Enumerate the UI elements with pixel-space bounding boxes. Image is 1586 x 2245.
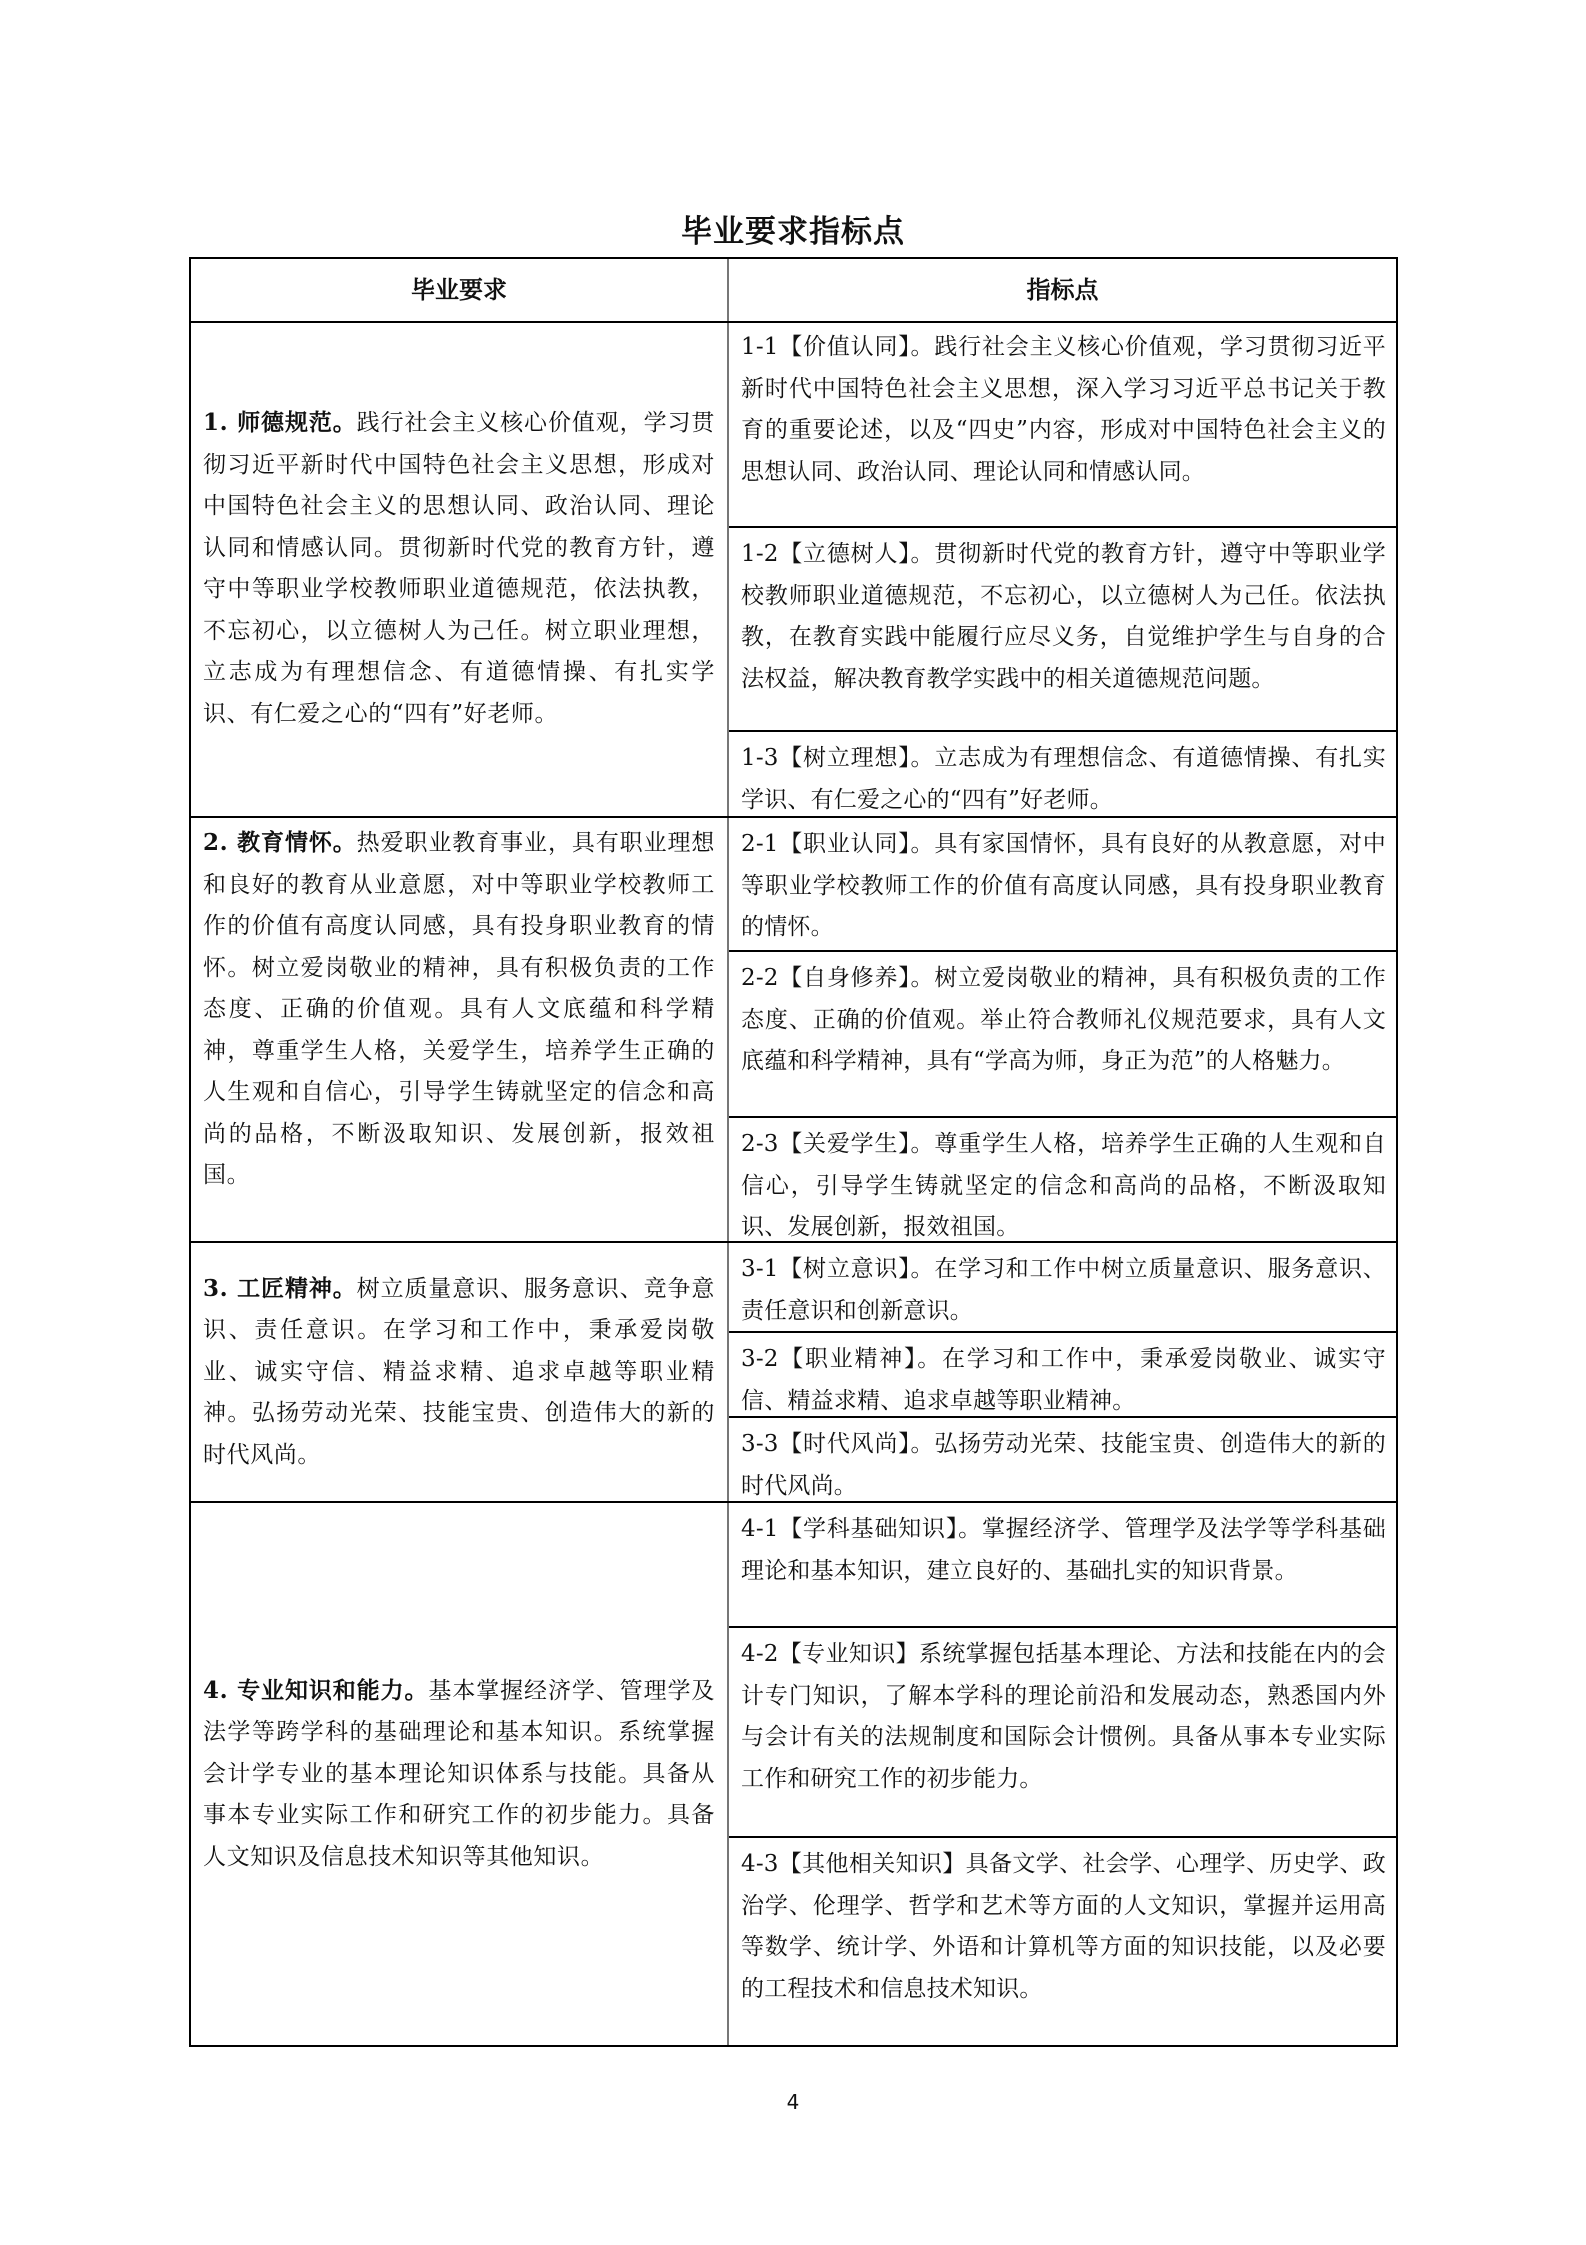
indicator-cell: 4-1【学科基础知识】。掌握经济学、管理学及法学等学科基础理论和基本知识，建立良… [729, 1503, 1396, 1628]
requirement-text: 践行社会主义核心价值观，学习贯彻习近平新时代中国特色社会主义思想，形成对中国特色… [203, 410, 715, 727]
indicator-text: 3-1【树立意识】。在学习和工作中树立质量意识、服务意识、责任意识和创新意识。 [741, 1249, 1386, 1332]
indicator-cell: 3-1【树立意识】。在学习和工作中树立质量意识、服务意识、责任意识和创新意识。 [729, 1243, 1396, 1333]
indicator-text: 4-3【其他相关知识】具备文学、社会学、心理学、历史学、政治学、伦理学、哲学和艺… [741, 1844, 1386, 2010]
indicator-cell: 2-2【自身修养】。树立爱岗敬业的精神，具有积极负责的工作态度、正确的价值观。举… [729, 952, 1396, 1118]
requirement-cell: 4. 专业知识和能力。基本掌握经济学、管理学及法学等跨学科的基础理论和基本知识。… [191, 1503, 727, 2045]
indicator-text: 4-1【学科基础知识】。掌握经济学、管理学及法学等学科基础理论和基本知识，建立良… [741, 1509, 1386, 1592]
table-header-row: 毕业要求 指标点 [191, 259, 1396, 323]
requirement-lead: 2. 教育情怀。 [203, 829, 357, 856]
indicator-cell: 1-1【价值认同】。践行社会主义核心价值观，学习贯彻习近平新时代中国特色社会主义… [729, 321, 1396, 528]
indicator-cell: 4-2【专业知识】系统掌握包括基本理论、方法和技能在内的会计专门知识，了解本学科… [729, 1628, 1396, 1838]
requirement-group-2: 2. 教育情怀。热爱职业教育事业，具有职业理想和良好的教育从业意愿，对中等职业学… [191, 818, 1396, 1243]
requirement-lead: 4. 专业知识和能力。 [203, 1677, 428, 1704]
requirement-cell: 3. 工匠精神。树立质量意识、服务意识、竞争意识、责任意识。在学习和工作中，秉承… [191, 1243, 727, 1501]
requirement-cell: 1. 师德规范。践行社会主义核心价值观，学习贯彻习近平新时代中国特色社会主义思想… [191, 321, 727, 816]
indicator-cell: 2-3【关爱学生】。尊重学生人格，培养学生正确的人生观和自信心，引导学生铸就坚定… [729, 1118, 1396, 1241]
page-number: 4 [0, 2090, 1586, 2114]
requirement-text: 基本掌握经济学、管理学及法学等跨学科的基础理论和基本知识。系统掌握会计学专业的基… [203, 1678, 715, 1870]
indicator-cell: 3-3【时代风尚】。弘扬劳动光荣、技能宝贵、创造伟大的新的时代风尚。 [729, 1418, 1396, 1501]
requirement-lead: 1. 师德规范。 [203, 409, 357, 436]
indicator-text: 2-3【关爱学生】。尊重学生人格，培养学生正确的人生观和自信心，引导学生铸就坚定… [741, 1124, 1386, 1249]
requirement-group-3: 3. 工匠精神。树立质量意识、服务意识、竞争意识、责任意识。在学习和工作中，秉承… [191, 1243, 1396, 1503]
requirement-text: 树立质量意识、服务意识、竞争意识、责任意识。在学习和工作中，秉承爱岗敬业、诚实守… [203, 1276, 715, 1468]
requirement-group-1: 1. 师德规范。践行社会主义核心价值观，学习贯彻习近平新时代中国特色社会主义思想… [191, 321, 1396, 818]
header-indicator: 指标点 [729, 259, 1396, 321]
requirement-text: 热爱职业教育事业，具有职业理想和良好的教育从业意愿，对中等职业学校教师工作的价值… [203, 830, 715, 1188]
indicator-cell: 3-2【职业精神】。在学习和工作中，秉承爱岗敬业、诚实守信、精益求精、追求卓越等… [729, 1333, 1396, 1418]
indicator-text: 1-3【树立理想】。立志成为有理想信念、有道德情操、有扎实学识、有仁爱之心的“四… [741, 738, 1386, 821]
indicator-text: 3-2【职业精神】。在学习和工作中，秉承爱岗敬业、诚实守信、精益求精、追求卓越等… [741, 1339, 1386, 1422]
indicator-text: 1-2【立德树人】。贯彻新时代党的教育方针，遵守中等职业学校教师职业道德规范，不… [741, 534, 1386, 700]
indicator-cell: 4-3【其他相关知识】具备文学、社会学、心理学、历史学、政治学、伦理学、哲学和艺… [729, 1838, 1396, 2045]
indicator-text: 1-1【价值认同】。践行社会主义核心价值观，学习贯彻习近平新时代中国特色社会主义… [741, 327, 1386, 493]
indicator-text: 2-2【自身修养】。树立爱岗敬业的精神，具有积极负责的工作态度、正确的价值观。举… [741, 958, 1386, 1083]
indicator-text: 3-3【时代风尚】。弘扬劳动光荣、技能宝贵、创造伟大的新的时代风尚。 [741, 1424, 1386, 1507]
document-title: 毕业要求指标点 [0, 210, 1586, 254]
indicator-text: 4-2【专业知识】系统掌握包括基本理论、方法和技能在内的会计专门知识，了解本学科… [741, 1634, 1386, 1800]
graduation-requirements-table: 毕业要求 指标点 1. 师德规范。践行社会主义核心价值观，学习贯彻习近平新时代中… [189, 257, 1398, 2047]
indicator-cell: 2-1【职业认同】。具有家国情怀，具有良好的从教意愿，对中等职业学校教师工作的价… [729, 818, 1396, 952]
requirement-group-4: 4. 专业知识和能力。基本掌握经济学、管理学及法学等跨学科的基础理论和基本知识。… [191, 1503, 1396, 2045]
indicator-cell: 1-2【立德树人】。贯彻新时代党的教育方针，遵守中等职业学校教师职业道德规范，不… [729, 528, 1396, 732]
indicator-cell: 1-3【树立理想】。立志成为有理想信念、有道德情操、有扎实学识、有仁爱之心的“四… [729, 732, 1396, 816]
header-requirement: 毕业要求 [191, 259, 727, 321]
requirement-lead: 3. 工匠精神。 [203, 1275, 357, 1302]
requirement-cell: 2. 教育情怀。热爱职业教育事业，具有职业理想和良好的教育从业意愿，对中等职业学… [191, 818, 727, 1241]
indicator-text: 2-1【职业认同】。具有家国情怀，具有良好的从教意愿，对中等职业学校教师工作的价… [741, 824, 1386, 949]
